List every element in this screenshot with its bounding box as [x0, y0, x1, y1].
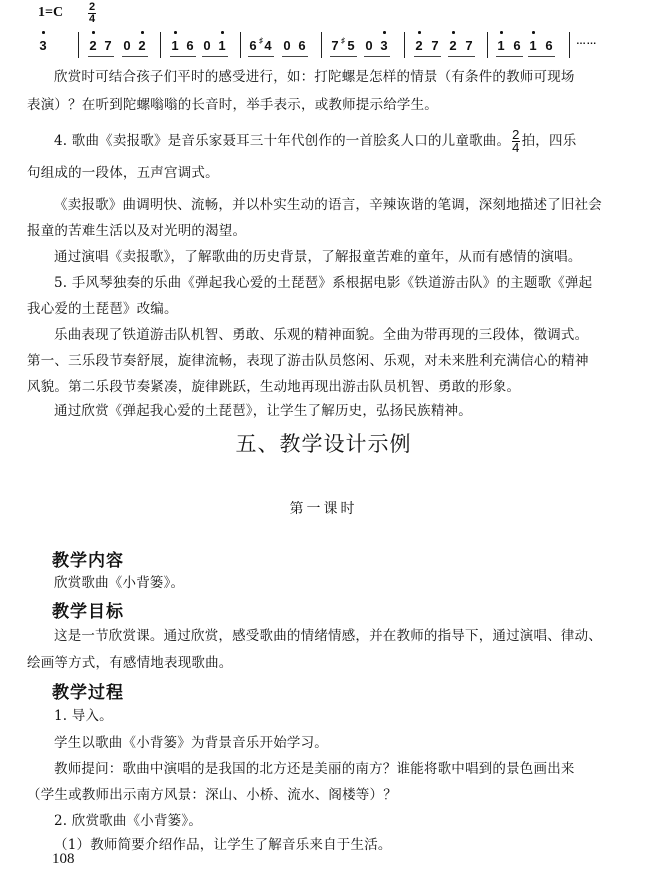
paragraph-line: 《卖报歌》曲调明快、流畅，并以朴实生动的语言，辛辣诙谐的笔调，深刻地描述了旧社会 [27, 193, 622, 217]
note: 1 [170, 38, 180, 53]
barline [321, 32, 322, 58]
beam [202, 56, 228, 57]
beam [248, 56, 274, 57]
paragraph-line: 5. 手风琴独奏的乐曲《弹起我心爱的土琵琶》系根据电影《铁道游击队》的主题歌《弹… [27, 271, 622, 295]
note: 1 [496, 38, 506, 53]
note: 7 [464, 38, 474, 53]
beam [88, 56, 114, 57]
paragraph-line: 句组成的一段体，五声宫调式。 [27, 161, 622, 185]
paragraph-line: 通过欣赏《弹起我心爱的土琵琶》，让学生了解历史，弘扬民族精神。 [27, 399, 622, 423]
paragraph-line: 乐曲表现了铁道游击队机智、勇敢、乐观的精神面貌。全曲为带再现的三段体，徵调式。 [27, 323, 622, 347]
heading-teaching-goal: 教学目标 [52, 597, 124, 622]
barline [78, 32, 79, 58]
paragraph-line: 学生以歌曲《小背篓》为背景音乐开始学习。 [27, 731, 622, 755]
paragraph-line: 通过演唱《卖报歌》，了解歌曲的历史背景，了解报童苦难的童年，从而有感情的演唱。 [27, 245, 622, 269]
key-signature: 1=C [38, 5, 63, 21]
time-signature-top: 2 [88, 2, 96, 13]
barline [404, 32, 405, 58]
time-signature-bottom: 4 [88, 14, 96, 25]
note: 3 [38, 38, 48, 53]
note: 6 [512, 38, 522, 53]
paragraph-line: 这是一节欣赏课。通过欣赏，感受歌曲的情绪情感，并在教师的指导下，通过演唱、律动、 [27, 624, 622, 648]
heading-teaching-process: 教学过程 [52, 678, 124, 703]
note: 0 [364, 38, 374, 53]
beam [122, 56, 148, 57]
fraction-bottom: 4 [512, 141, 519, 154]
jianpu-staff: 3 2 7 0 2 1 6 0 1 6 ♯ 4 0 6 7 ♯ 5 0 3 2 … [36, 28, 636, 60]
paragraph-line: 1. 导入。 [27, 704, 622, 728]
paragraph-line: 绘画等方式，有感情地表现歌曲。 [27, 651, 622, 675]
text-span: 4. 歌曲《卖报歌》是音乐家聂耳三十年代创作的一首脍炙人口的儿童歌曲。 [54, 133, 510, 149]
time-signature: 2 4 [88, 2, 96, 25]
note: 6 [297, 38, 307, 53]
note: 7 [103, 38, 113, 53]
barline [569, 32, 570, 58]
beam [364, 56, 390, 57]
text-span: 拍，四乐 [522, 133, 577, 149]
paragraph-line: 表演）？在听到陀螺嗡嗡的长音时，举手表示，或教师提示给学生。 [27, 93, 622, 117]
note: 5 [346, 38, 356, 53]
paragraph-line: 我心爱的土琵琶》改编。 [27, 297, 622, 321]
beam [496, 56, 523, 57]
paragraph-line: 2. 欣赏歌曲《小背篓》。 [27, 809, 622, 833]
beam [282, 56, 308, 57]
note: 6 [248, 38, 258, 53]
note: 2 [88, 38, 98, 53]
paragraph-line: 教师提问：歌曲中演唱的是我国的北方还是美丽的南方？谁能将歌中唱到的景色画出来 [27, 757, 622, 781]
note: 6 [544, 38, 554, 53]
beam [528, 56, 555, 57]
paragraph-line: （学生或教师出示南方风景：深山、小桥、流水、阁楼等）？ [27, 783, 622, 807]
note: 0 [122, 38, 132, 53]
note: 1 [217, 38, 227, 53]
paragraph-line: 4. 歌曲《卖报歌》是音乐家聂耳三十年代创作的一首脍炙人口的儿童歌曲。24拍，四… [27, 129, 622, 154]
time-fraction: 24 [512, 129, 519, 154]
paragraph-line: 风貌。第二乐段节奏紧凑，旋律跳跃，生动地再现出游击队员机智、勇敢的形象。 [27, 375, 622, 399]
note: 2 [448, 38, 458, 53]
sharp-sign: ♯ [341, 36, 345, 45]
beam [330, 56, 357, 57]
note: 2 [414, 38, 424, 53]
note: 4 [263, 38, 273, 53]
paragraph-line: 欣赏歌曲《小背篓》。 [27, 571, 622, 595]
note: 6 [185, 38, 195, 53]
lesson-title: 第一课时 [0, 498, 647, 518]
heading-teaching-content: 教学内容 [52, 546, 124, 571]
barline [487, 32, 488, 58]
beam [414, 56, 441, 57]
section-title: 五、教学设计示例 [0, 428, 647, 458]
note: 0 [282, 38, 292, 53]
note: 3 [379, 38, 389, 53]
beam [170, 56, 196, 57]
note: 7 [430, 38, 440, 53]
page-number: 108 [52, 851, 75, 868]
paragraph-line: 欣赏时可结合孩子们平时的感受进行，如：打陀螺是怎样的情景（有条件的教师可现场 [27, 65, 622, 89]
paragraph-line: 第一、三乐段节奏舒展，旋律流畅，表现了游击队员悠闲、乐观，对未来胜利充满信心的精… [27, 349, 622, 373]
barline [240, 32, 241, 58]
continuation-ellipsis: …… [576, 36, 597, 47]
beam [448, 56, 475, 57]
paragraph-line: 报童的苦难生活以及对光明的渴望。 [27, 219, 622, 243]
paragraph-line: （1）教师简要介绍作品，让学生了解音乐来自于生活。 [27, 833, 622, 857]
note: 2 [137, 38, 147, 53]
barline [160, 32, 161, 58]
note: 1 [528, 38, 538, 53]
note: 0 [202, 38, 212, 53]
note: 7 [330, 38, 340, 53]
